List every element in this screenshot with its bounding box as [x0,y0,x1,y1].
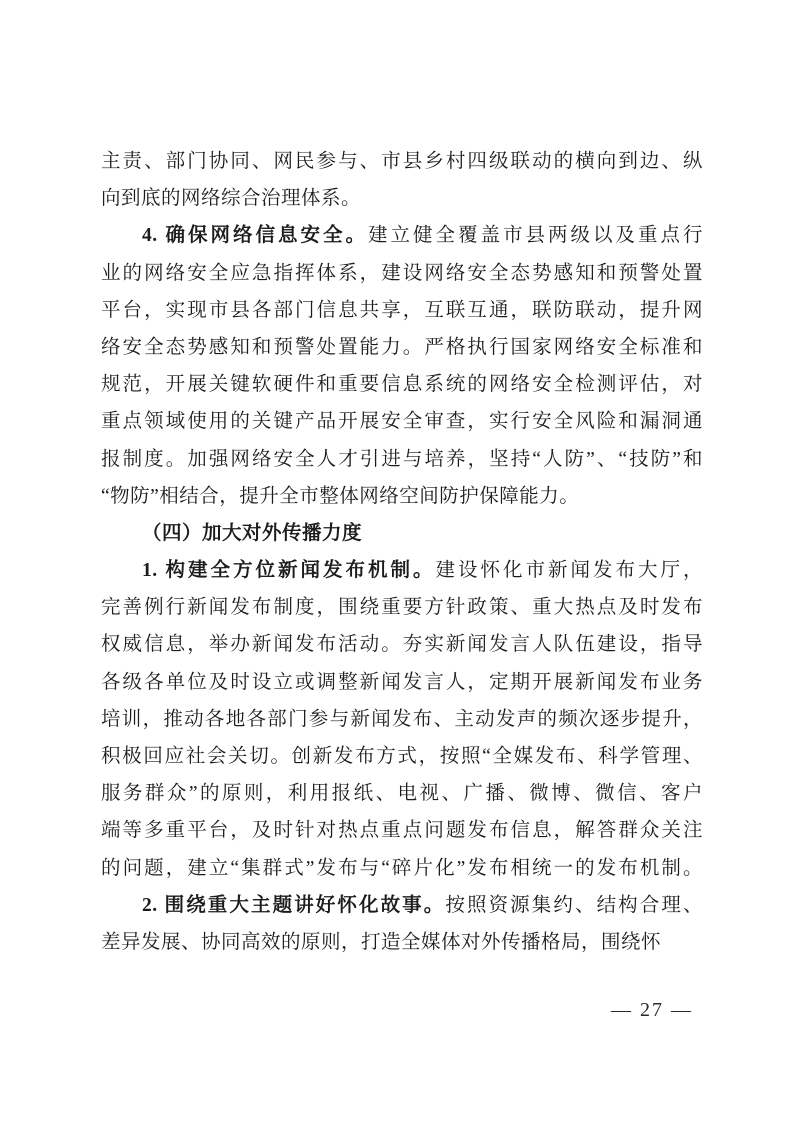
text-run-bold: 2. 围绕重大主题讲好怀化故事。 [142,895,445,916]
text-run: 向到底的网络综合治理体系。 [101,188,361,209]
text-run: 权威信息，举办新闻发布活动。夯实新闻发言人队伍建设，指导 [101,634,703,655]
text-line: 主责、部门协同、网民参与、市县乡村四级联动的横向到边、纵 [101,143,703,180]
text-line: 端等多重平台，及时针对热点重点问题发布信息，解答群众关注 [101,812,703,849]
text-run: 重点领域使用的关键产品开展安全审查，实行安全风险和漏洞通 [101,411,703,432]
text-line: 向到底的网络综合治理体系。 [101,180,703,217]
text-run: 按照资源集约、结构合理、 [445,895,703,916]
text-line: 2. 围绕重大主题讲好怀化故事。按照资源集约、结构合理、 [101,887,703,924]
text-run: 的问题，建立“集群式”发布与“碎片化”发布相统一的发布机制。 [101,858,703,879]
text-line: 各级各单位及时设立或调整新闻发言人，定期开展新闻发布业务 [101,664,703,701]
document-page: 主责、部门协同、网民参与、市县乡村四级联动的横向到边、纵向到底的网络综合治理体系… [0,0,793,1122]
text-line: 的问题，建立“集群式”发布与“碎片化”发布相统一的发布机制。 [101,850,703,887]
text-line: 服务群众”的原则，利用报纸、电视、广播、微博、微信、客户 [101,775,703,812]
text-line: 积极回应社会关切。创新发布方式，按照“全媒发布、科学管理、 [101,738,703,775]
text-run: 差异发展、协同高效的原则，打造全媒体对外传播格局，围绕怀 [101,932,661,953]
page-number: — 27 — [611,996,693,1024]
text-line: 业的网络安全应急指挥体系，建设网络安全态势感知和预警处置 [101,255,703,292]
text-run: 培训，推动各地各部门参与新闻发布、主动发声的频次逐步提升， [101,709,703,730]
text-line: 平台，实现市县各部门信息共享，互联互通，联防联动，提升网 [101,292,703,329]
text-line: （四）加大对外传播力度 [101,515,703,552]
text-run: 端等多重平台，及时针对热点重点问题发布信息，解答群众关注 [101,820,703,841]
text-run: 报制度。加强网络安全人才引进与培养，坚持“人防”、“技防”和 [101,449,703,470]
text-line: “物防”相结合，提升全市整体网络空间防护保障能力。 [101,478,703,515]
text-run-bold: 1. 构建全方位新闻发布机制。 [142,560,435,581]
text-run: 业的网络安全应急指挥体系，建设网络安全态势感知和预警处置 [101,263,703,284]
text-line: 培训，推动各地各部门参与新闻发布、主动发声的频次逐步提升， [101,701,703,738]
text-run: 服务群众”的原则，利用报纸、电视、广播、微博、微信、客户 [101,783,703,804]
text-run: 主责、部门协同、网民参与、市县乡村四级联动的横向到边、纵 [101,151,703,172]
text-run: “物防”相结合，提升全市整体网络空间防护保障能力。 [101,486,579,507]
text-run: 积极回应社会关切。创新发布方式，按照“全媒发布、科学管理、 [101,746,703,767]
text-line: 规范，开展关键软硬件和重要信息系统的网络安全检测评估，对 [101,366,703,403]
text-line: 差异发展、协同高效的原则，打造全媒体对外传播格局，围绕怀 [101,924,703,961]
text-line: 重点领域使用的关键产品开展安全审查，实行安全风险和漏洞通 [101,403,703,440]
text-line: 1. 构建全方位新闻发布机制。建设怀化市新闻发布大厅， [101,552,703,589]
text-run: 完善例行新闻发布制度，围绕重要方针政策、重大热点及时发布 [101,597,703,618]
text-run: 平台，实现市县各部门信息共享，互联互通，联防联动，提升网 [101,300,703,321]
text-line: 报制度。加强网络安全人才引进与培养，坚持“人防”、“技防”和 [101,441,703,478]
text-line: 权威信息，举办新闻发布活动。夯实新闻发言人队伍建设，指导 [101,626,703,663]
text-line: 完善例行新闻发布制度，围绕重要方针政策、重大热点及时发布 [101,589,703,626]
text-run: 各级各单位及时设立或调整新闻发言人，定期开展新闻发布业务 [101,672,703,693]
document-body: 主责、部门协同、网民参与、市县乡村四级联动的横向到边、纵向到底的网络综合治理体系… [101,143,703,961]
text-run-bold: 4. 确保网络信息安全。 [142,225,368,246]
text-run: 建设怀化市新闻发布大厅， [435,560,703,581]
text-line: 4. 确保网络信息安全。建立健全覆盖市县两级以及重点行 [101,217,703,254]
text-run: 规范，开展关键软硬件和重要信息系统的网络安全检测评估，对 [101,374,703,395]
text-run: 络安全态势感知和预警处置能力。严格执行国家网络安全标准和 [101,337,703,358]
text-run-bold: （四）加大对外传播力度 [142,523,362,544]
text-run: 建立健全覆盖市县两级以及重点行 [368,225,703,246]
text-line: 络安全态势感知和预警处置能力。严格执行国家网络安全标准和 [101,329,703,366]
